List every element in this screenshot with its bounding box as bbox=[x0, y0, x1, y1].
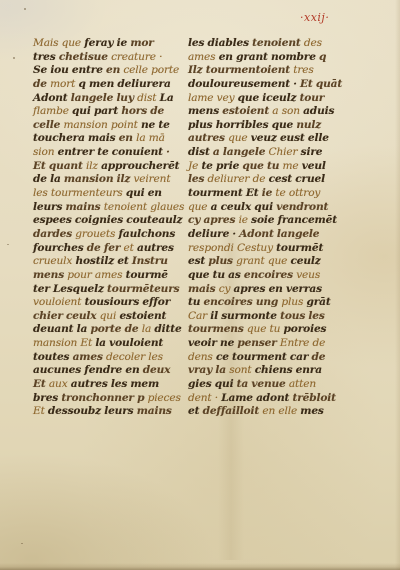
text-line: vray la sont chiens enra bbox=[188, 364, 336, 378]
word: langele bbox=[71, 92, 113, 104]
word: enra bbox=[296, 364, 322, 376]
word: apres bbox=[234, 283, 266, 295]
word: atten bbox=[289, 378, 316, 390]
word: sion bbox=[33, 146, 54, 158]
word: creature bbox=[111, 51, 156, 63]
word: qui bbox=[126, 187, 145, 199]
word: mansion bbox=[63, 119, 107, 131]
manuscript-page: ·xxij· Mais que feray ie mor tres chetis… bbox=[0, 0, 400, 570]
word: la bbox=[136, 132, 145, 144]
word: qui bbox=[72, 105, 91, 117]
word: entre bbox=[72, 64, 103, 76]
word: de bbox=[33, 78, 47, 90]
parchment-speck bbox=[7, 244, 9, 245]
word: il bbox=[210, 310, 218, 322]
word: Lame bbox=[221, 392, 253, 404]
text-line: tres chetisue creature · bbox=[33, 51, 185, 65]
word: mor bbox=[130, 37, 153, 49]
word: te bbox=[97, 146, 108, 158]
word: Et bbox=[33, 160, 46, 172]
word: tu bbox=[188, 296, 200, 308]
word: surmonte bbox=[221, 310, 277, 322]
word: vouloient bbox=[33, 296, 81, 308]
text-line: dist a langele Chier sire bbox=[188, 146, 336, 160]
word: entrer bbox=[58, 146, 94, 158]
word: de bbox=[87, 242, 101, 254]
word: chiens bbox=[255, 364, 293, 376]
text-line: est plus grant que ceulz bbox=[188, 255, 336, 269]
word: a bbox=[272, 105, 278, 117]
word: fer bbox=[104, 242, 120, 254]
word: Ilz bbox=[188, 64, 203, 76]
word: Adont bbox=[239, 228, 274, 240]
word: men bbox=[89, 78, 114, 90]
word: chier bbox=[33, 310, 63, 322]
text-line: leurs mains tenoient glaues bbox=[33, 201, 185, 215]
word: horribles bbox=[216, 119, 269, 131]
word: tourmentoient bbox=[206, 64, 290, 76]
word: douloureusement bbox=[188, 78, 290, 90]
word: les bbox=[188, 173, 204, 185]
word: grāt bbox=[306, 296, 330, 308]
word: ottroy bbox=[289, 187, 320, 199]
word: ne bbox=[141, 119, 155, 131]
word: ne bbox=[220, 337, 234, 349]
word: quāt bbox=[316, 78, 342, 90]
word: pour bbox=[67, 269, 91, 281]
word: glaues bbox=[150, 201, 184, 213]
word: a bbox=[211, 201, 218, 213]
word: crueulx bbox=[33, 255, 72, 267]
word: te bbox=[201, 160, 212, 172]
word: la bbox=[142, 323, 151, 335]
word: leurs bbox=[33, 201, 62, 213]
word: est bbox=[188, 255, 205, 267]
word: Entre bbox=[280, 337, 309, 349]
word: Car bbox=[188, 310, 207, 322]
text-line: vouloient tousiours effor bbox=[33, 296, 185, 310]
word: francemēt bbox=[278, 214, 337, 226]
word: a bbox=[213, 146, 220, 158]
word: la bbox=[77, 323, 88, 335]
text-line: veoir ne penser Entre de bbox=[188, 337, 336, 351]
text-line: mais cy apres en verras bbox=[188, 283, 336, 297]
text-line: Et aux autres les mem bbox=[33, 378, 185, 392]
word: que bbox=[238, 92, 259, 104]
word: pieces bbox=[148, 392, 181, 404]
word: cy bbox=[188, 214, 200, 226]
word: espees bbox=[33, 214, 72, 226]
word: q bbox=[78, 78, 85, 90]
text-line: Je te prie que tu me veul bbox=[188, 160, 336, 174]
word: tourmenteurs bbox=[51, 187, 123, 199]
word: ceulz bbox=[290, 255, 320, 267]
parchment-speck bbox=[13, 57, 15, 59]
text-line: ter Lesquelz tourmēteurs bbox=[33, 283, 185, 297]
text-line: mansion Et la vouloient bbox=[33, 337, 185, 351]
word: autres bbox=[71, 378, 108, 390]
word: deux bbox=[143, 364, 171, 376]
word: autres bbox=[188, 132, 225, 144]
word: que bbox=[228, 132, 247, 144]
parchment-speck bbox=[21, 543, 23, 544]
text-line: respondi Cestuy tourmēt bbox=[188, 242, 336, 256]
word: que bbox=[62, 37, 81, 49]
text-line: dens ce tourment car de bbox=[188, 351, 336, 365]
text-line: plus horribles que nulz bbox=[188, 119, 336, 133]
word: vendront bbox=[276, 201, 328, 213]
word: flambe bbox=[33, 105, 69, 117]
word: nombre bbox=[271, 51, 316, 63]
word: luy bbox=[116, 92, 133, 104]
word: vey bbox=[217, 92, 235, 104]
word: Et bbox=[80, 337, 92, 349]
word: tenoient bbox=[104, 201, 147, 213]
word: elle bbox=[278, 405, 297, 417]
word: · bbox=[166, 146, 170, 158]
word: faulchons bbox=[118, 228, 175, 240]
word: bres bbox=[33, 392, 58, 404]
word: veuz bbox=[251, 132, 277, 144]
word: couteaulz bbox=[126, 214, 182, 226]
word: decoler bbox=[106, 351, 145, 363]
word: Se bbox=[33, 64, 47, 76]
text-line: Se iou entre en celle porte bbox=[33, 64, 185, 78]
text-line: cy apres ie soie francemēt bbox=[188, 214, 336, 228]
word: feray bbox=[84, 37, 113, 49]
word: de bbox=[253, 173, 266, 185]
word: la bbox=[50, 173, 61, 185]
word: porte bbox=[90, 323, 121, 335]
word: tu bbox=[267, 160, 279, 172]
word: effor bbox=[142, 296, 170, 308]
word: veirent bbox=[133, 173, 170, 185]
word: de bbox=[125, 323, 139, 335]
word: deliurera bbox=[117, 78, 170, 90]
word: de bbox=[312, 351, 326, 363]
word: tourmēteurs bbox=[107, 283, 179, 295]
word: apres bbox=[204, 214, 236, 226]
text-line: fourches de fer et autres bbox=[33, 242, 185, 256]
word: plus bbox=[208, 255, 233, 267]
word: vouloient bbox=[109, 337, 163, 349]
word: tour bbox=[300, 92, 325, 104]
text-line: de la mansion ilz veirent bbox=[33, 173, 185, 187]
word: veus bbox=[296, 269, 320, 281]
word: gies bbox=[188, 378, 212, 390]
word: mens bbox=[33, 269, 64, 281]
text-line: ames en grant nombre q bbox=[188, 51, 336, 65]
text-line: autres que veuz eust elle bbox=[188, 132, 336, 146]
word: sire bbox=[301, 146, 323, 158]
word: les bbox=[111, 378, 127, 390]
word: dens bbox=[188, 351, 213, 363]
word: leurs bbox=[104, 405, 133, 417]
text-line: dardes grouets faulchons bbox=[33, 228, 185, 242]
word: mem bbox=[130, 378, 159, 390]
word: ie bbox=[117, 37, 127, 49]
word: p bbox=[137, 392, 144, 404]
word: tres bbox=[293, 64, 313, 76]
word: tronchonner bbox=[61, 392, 134, 404]
word: tourment bbox=[232, 351, 287, 363]
text-line: tourment Et ie te ottroy bbox=[188, 187, 336, 201]
word: porte bbox=[151, 64, 179, 76]
word: ames bbox=[188, 51, 215, 63]
word: iceulz bbox=[262, 92, 296, 104]
word: fourches bbox=[33, 242, 84, 254]
word: mes bbox=[300, 405, 323, 417]
text-line: lame vey que iceulz tour bbox=[188, 92, 336, 106]
word: que bbox=[272, 119, 293, 131]
text-line: Et dessoubz leurs mains bbox=[33, 405, 185, 419]
word: Adont bbox=[33, 92, 68, 104]
word: penser bbox=[237, 337, 276, 349]
word: trēbloit bbox=[292, 392, 335, 404]
word: fendre bbox=[84, 364, 122, 376]
word: tenoient bbox=[252, 37, 301, 49]
word: ames bbox=[95, 269, 122, 281]
word: · bbox=[293, 78, 297, 90]
text-line: les tourmenteurs qui en bbox=[33, 187, 185, 201]
text-line: bres tronchonner p pieces bbox=[33, 392, 185, 406]
word: ce bbox=[216, 351, 229, 363]
text-line: Adont langele luy dist La bbox=[33, 92, 185, 106]
word: chetisue bbox=[59, 51, 108, 63]
text-line: mens estoient a son aduis bbox=[188, 105, 336, 119]
text-line: espees coignies couteaulz bbox=[33, 214, 185, 228]
word: respondi bbox=[188, 242, 234, 254]
word: la bbox=[95, 337, 106, 349]
text-line: Mais que feray ie mor bbox=[33, 37, 185, 51]
word: plus bbox=[188, 119, 213, 131]
word: de bbox=[33, 173, 47, 185]
text-line: deuant la porte de la ditte bbox=[33, 323, 185, 337]
word: tourment bbox=[188, 187, 243, 199]
text-line: les diables tenoient des bbox=[188, 37, 336, 51]
word: mains bbox=[137, 405, 172, 417]
word: Mais bbox=[33, 37, 58, 49]
word: tousiours bbox=[85, 296, 140, 308]
word: conuient bbox=[112, 146, 163, 158]
word: mais bbox=[88, 132, 115, 144]
word: celle bbox=[33, 119, 60, 131]
word: et bbox=[124, 242, 134, 254]
word: de bbox=[150, 105, 164, 117]
word: coignies bbox=[75, 214, 123, 226]
word: Je bbox=[188, 160, 198, 172]
word: veul bbox=[302, 160, 326, 172]
word: hors bbox=[121, 105, 147, 117]
word: diables bbox=[208, 37, 249, 49]
word: et bbox=[117, 255, 128, 267]
word: quant bbox=[49, 160, 83, 172]
text-line: Et quant ilz approucherēt bbox=[33, 160, 185, 174]
word: de bbox=[313, 337, 326, 349]
word: encoires bbox=[244, 269, 293, 281]
word: aux bbox=[49, 378, 68, 390]
word: Cestuy bbox=[237, 242, 273, 254]
word: mains bbox=[65, 201, 100, 213]
word: mansion bbox=[64, 173, 113, 185]
word: ilz bbox=[86, 160, 98, 172]
word: vray bbox=[188, 364, 212, 376]
word: car bbox=[290, 351, 308, 363]
word: adont bbox=[256, 392, 289, 404]
word: et bbox=[188, 405, 199, 417]
text-line: gies qui ta venue atten bbox=[188, 378, 336, 392]
text-line: et deffailloit en elle mes bbox=[188, 405, 336, 419]
word: ung bbox=[256, 296, 278, 308]
word: eust bbox=[280, 132, 305, 144]
text-line: de mort q men deliurera bbox=[33, 78, 185, 92]
word: tourmē bbox=[126, 269, 168, 281]
text-line: tu encoires ung plus grāt bbox=[188, 296, 336, 310]
word: grant bbox=[236, 51, 268, 63]
word: ceulx bbox=[66, 310, 96, 322]
text-line: douloureusement · Et quāt bbox=[188, 78, 336, 92]
word: sont bbox=[229, 364, 251, 376]
word: deliure bbox=[188, 228, 229, 240]
word: tourmens bbox=[188, 323, 244, 335]
word: ta bbox=[237, 378, 248, 390]
word: veoir bbox=[188, 337, 217, 349]
text-column-right: les diables tenoient des ames en grant n… bbox=[188, 37, 336, 419]
text-line: toutes ames decoler les bbox=[33, 351, 185, 365]
text-line: aucunes fendre en deux bbox=[33, 364, 185, 378]
text-line: deliure · Adont langele bbox=[188, 228, 336, 242]
text-line: que tu as encoires veus bbox=[188, 269, 336, 283]
word: que bbox=[188, 269, 209, 281]
text-line: mens pour ames tourmē bbox=[33, 269, 185, 283]
word: touchera bbox=[33, 132, 85, 144]
word: ames bbox=[73, 351, 103, 363]
word: dessoubz bbox=[48, 405, 101, 417]
word: dent bbox=[188, 392, 212, 404]
word: en bbox=[269, 283, 283, 295]
word: part bbox=[94, 105, 118, 117]
folio-number: ·xxij· bbox=[300, 11, 329, 24]
word: dist bbox=[188, 146, 210, 158]
text-line: dent · Lame adont trēbloit bbox=[188, 392, 336, 406]
word: deffailloit bbox=[203, 405, 260, 417]
word: ie bbox=[262, 187, 272, 199]
word: des bbox=[304, 37, 322, 49]
word: cy bbox=[219, 283, 231, 295]
word: mort bbox=[50, 78, 75, 90]
word: elle bbox=[308, 132, 329, 144]
word: autres bbox=[137, 242, 174, 254]
word: Et bbox=[33, 405, 45, 417]
word: deliurer bbox=[208, 173, 250, 185]
word: iou bbox=[50, 64, 68, 76]
word: ditte bbox=[154, 323, 181, 335]
text-line: Ilz tourmentoient tres bbox=[188, 64, 336, 78]
word: que bbox=[247, 323, 266, 335]
text-line: Car il surmonte tous les bbox=[188, 310, 336, 324]
word: point bbox=[111, 119, 138, 131]
word: me bbox=[283, 160, 299, 172]
word: la bbox=[215, 364, 226, 376]
word: estoient bbox=[119, 310, 166, 322]
word: toutes bbox=[33, 351, 69, 363]
word: q bbox=[319, 51, 326, 63]
word: grouets bbox=[75, 228, 115, 240]
word: tu bbox=[270, 323, 281, 335]
word: cruel bbox=[295, 173, 325, 185]
word: celle bbox=[123, 64, 148, 76]
word: qui bbox=[100, 310, 117, 322]
word: aucunes bbox=[33, 364, 81, 376]
text-line: les deliurer de cest cruel bbox=[188, 173, 336, 187]
word: plus bbox=[281, 296, 303, 308]
word: mens bbox=[188, 105, 219, 117]
word: que bbox=[268, 255, 287, 267]
text-line: que a ceulx qui vendront bbox=[188, 201, 336, 215]
word: verras bbox=[286, 283, 322, 295]
word: qui bbox=[254, 201, 273, 213]
word: · bbox=[215, 392, 218, 404]
word: te bbox=[275, 187, 285, 199]
word: nulz bbox=[296, 119, 321, 131]
word: ie bbox=[239, 214, 248, 226]
word: approucherēt bbox=[101, 160, 179, 172]
word: Lesquelz bbox=[53, 283, 104, 295]
text-line: flambe qui part hors de bbox=[33, 105, 185, 119]
word: · bbox=[159, 51, 162, 63]
text-line: celle mansion point ne te bbox=[33, 119, 185, 133]
word: cest bbox=[269, 173, 292, 185]
word: tous bbox=[280, 310, 305, 322]
word: lame bbox=[188, 92, 213, 104]
word: venue bbox=[251, 378, 285, 390]
word: mā bbox=[149, 132, 165, 144]
text-line: tourmens que tu poroies bbox=[188, 323, 336, 337]
word: les bbox=[148, 351, 163, 363]
word: en bbox=[106, 64, 120, 76]
word: encoires bbox=[204, 296, 253, 308]
word: en bbox=[262, 405, 275, 417]
word: prie bbox=[216, 160, 239, 172]
word: en bbox=[119, 132, 133, 144]
word: les bbox=[308, 310, 324, 322]
word: estoient bbox=[222, 105, 269, 117]
word: La bbox=[160, 92, 174, 104]
word: mansion bbox=[33, 337, 77, 349]
word: son bbox=[282, 105, 300, 117]
word: ter bbox=[33, 283, 50, 295]
word: tres bbox=[33, 51, 56, 63]
word: dist bbox=[137, 92, 156, 104]
word: les bbox=[188, 37, 204, 49]
word: que bbox=[188, 201, 207, 213]
text-line: crueulx hostilz et Instru bbox=[33, 255, 185, 269]
word: aduis bbox=[303, 105, 334, 117]
text-line: touchera mais en la mā bbox=[33, 132, 185, 146]
word: Et bbox=[246, 187, 259, 199]
word: en bbox=[219, 51, 233, 63]
word: deuant bbox=[33, 323, 73, 335]
word: Et bbox=[33, 378, 46, 390]
word: en bbox=[148, 187, 162, 199]
text-column-left: Mais que feray ie mor tres chetisue crea… bbox=[33, 37, 185, 419]
word: Instru bbox=[132, 255, 168, 267]
word: ceulx bbox=[221, 201, 251, 213]
word: Et bbox=[300, 78, 313, 90]
word: te bbox=[158, 119, 169, 131]
word: ilz bbox=[117, 173, 131, 185]
word: grant bbox=[236, 255, 265, 267]
